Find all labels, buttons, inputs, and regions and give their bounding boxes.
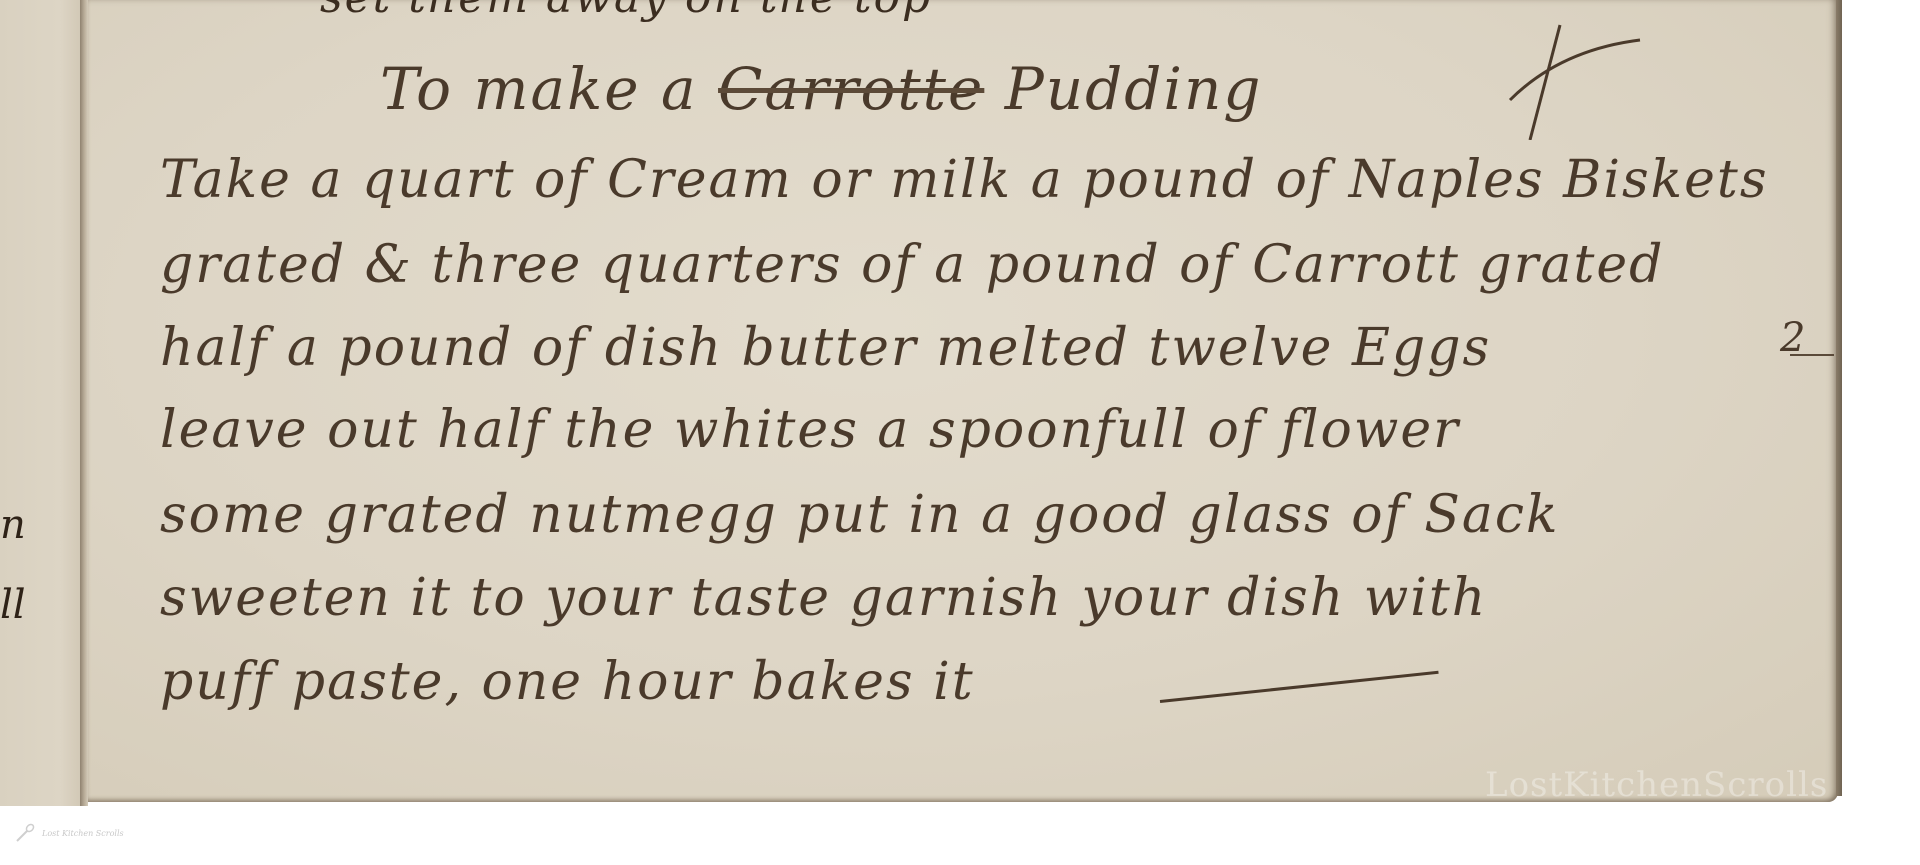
page-edge bbox=[1836, 0, 1842, 796]
margin-rule bbox=[1790, 354, 1834, 356]
cross-mark-icon bbox=[1500, 20, 1650, 140]
book-gutter bbox=[80, 0, 88, 806]
recipe-line: puff paste, one hour bakes it bbox=[160, 652, 975, 712]
recipe-line: half a pound of dish butter melted twelv… bbox=[160, 318, 1491, 378]
left-page-fragment: n bbox=[0, 505, 26, 545]
recipe-line: Take a quart of Cream or milk a pound of… bbox=[160, 150, 1769, 210]
logo-text: Lost Kitchen Scrolls bbox=[42, 829, 124, 838]
recipe-line: leave out half the whites a spoonfull of… bbox=[160, 400, 1460, 460]
title-struck-word: Carrotte bbox=[718, 55, 984, 123]
recipe-line: sweeten it to your taste garnish your di… bbox=[160, 568, 1487, 628]
recipe-line: grated & three quarters of a pound of Ca… bbox=[160, 235, 1664, 295]
title-suffix: Pudding bbox=[1005, 55, 1263, 123]
watermark-text: LostKitchenScrolls bbox=[1485, 765, 1828, 805]
title-prefix: To make a bbox=[380, 55, 698, 123]
left-page-fragment: ll bbox=[0, 585, 26, 625]
watermark-logo: Lost Kitchen Scrolls bbox=[14, 822, 124, 844]
whisk-icon bbox=[14, 822, 36, 844]
previous-recipe-fragment: set them away on the top bbox=[320, 0, 932, 23]
recipe-title: To make a Carrotte Pudding bbox=[380, 55, 1262, 123]
recipe-line: some grated nutmegg put in a good glass … bbox=[160, 485, 1560, 545]
left-page: n ll bbox=[0, 0, 86, 806]
